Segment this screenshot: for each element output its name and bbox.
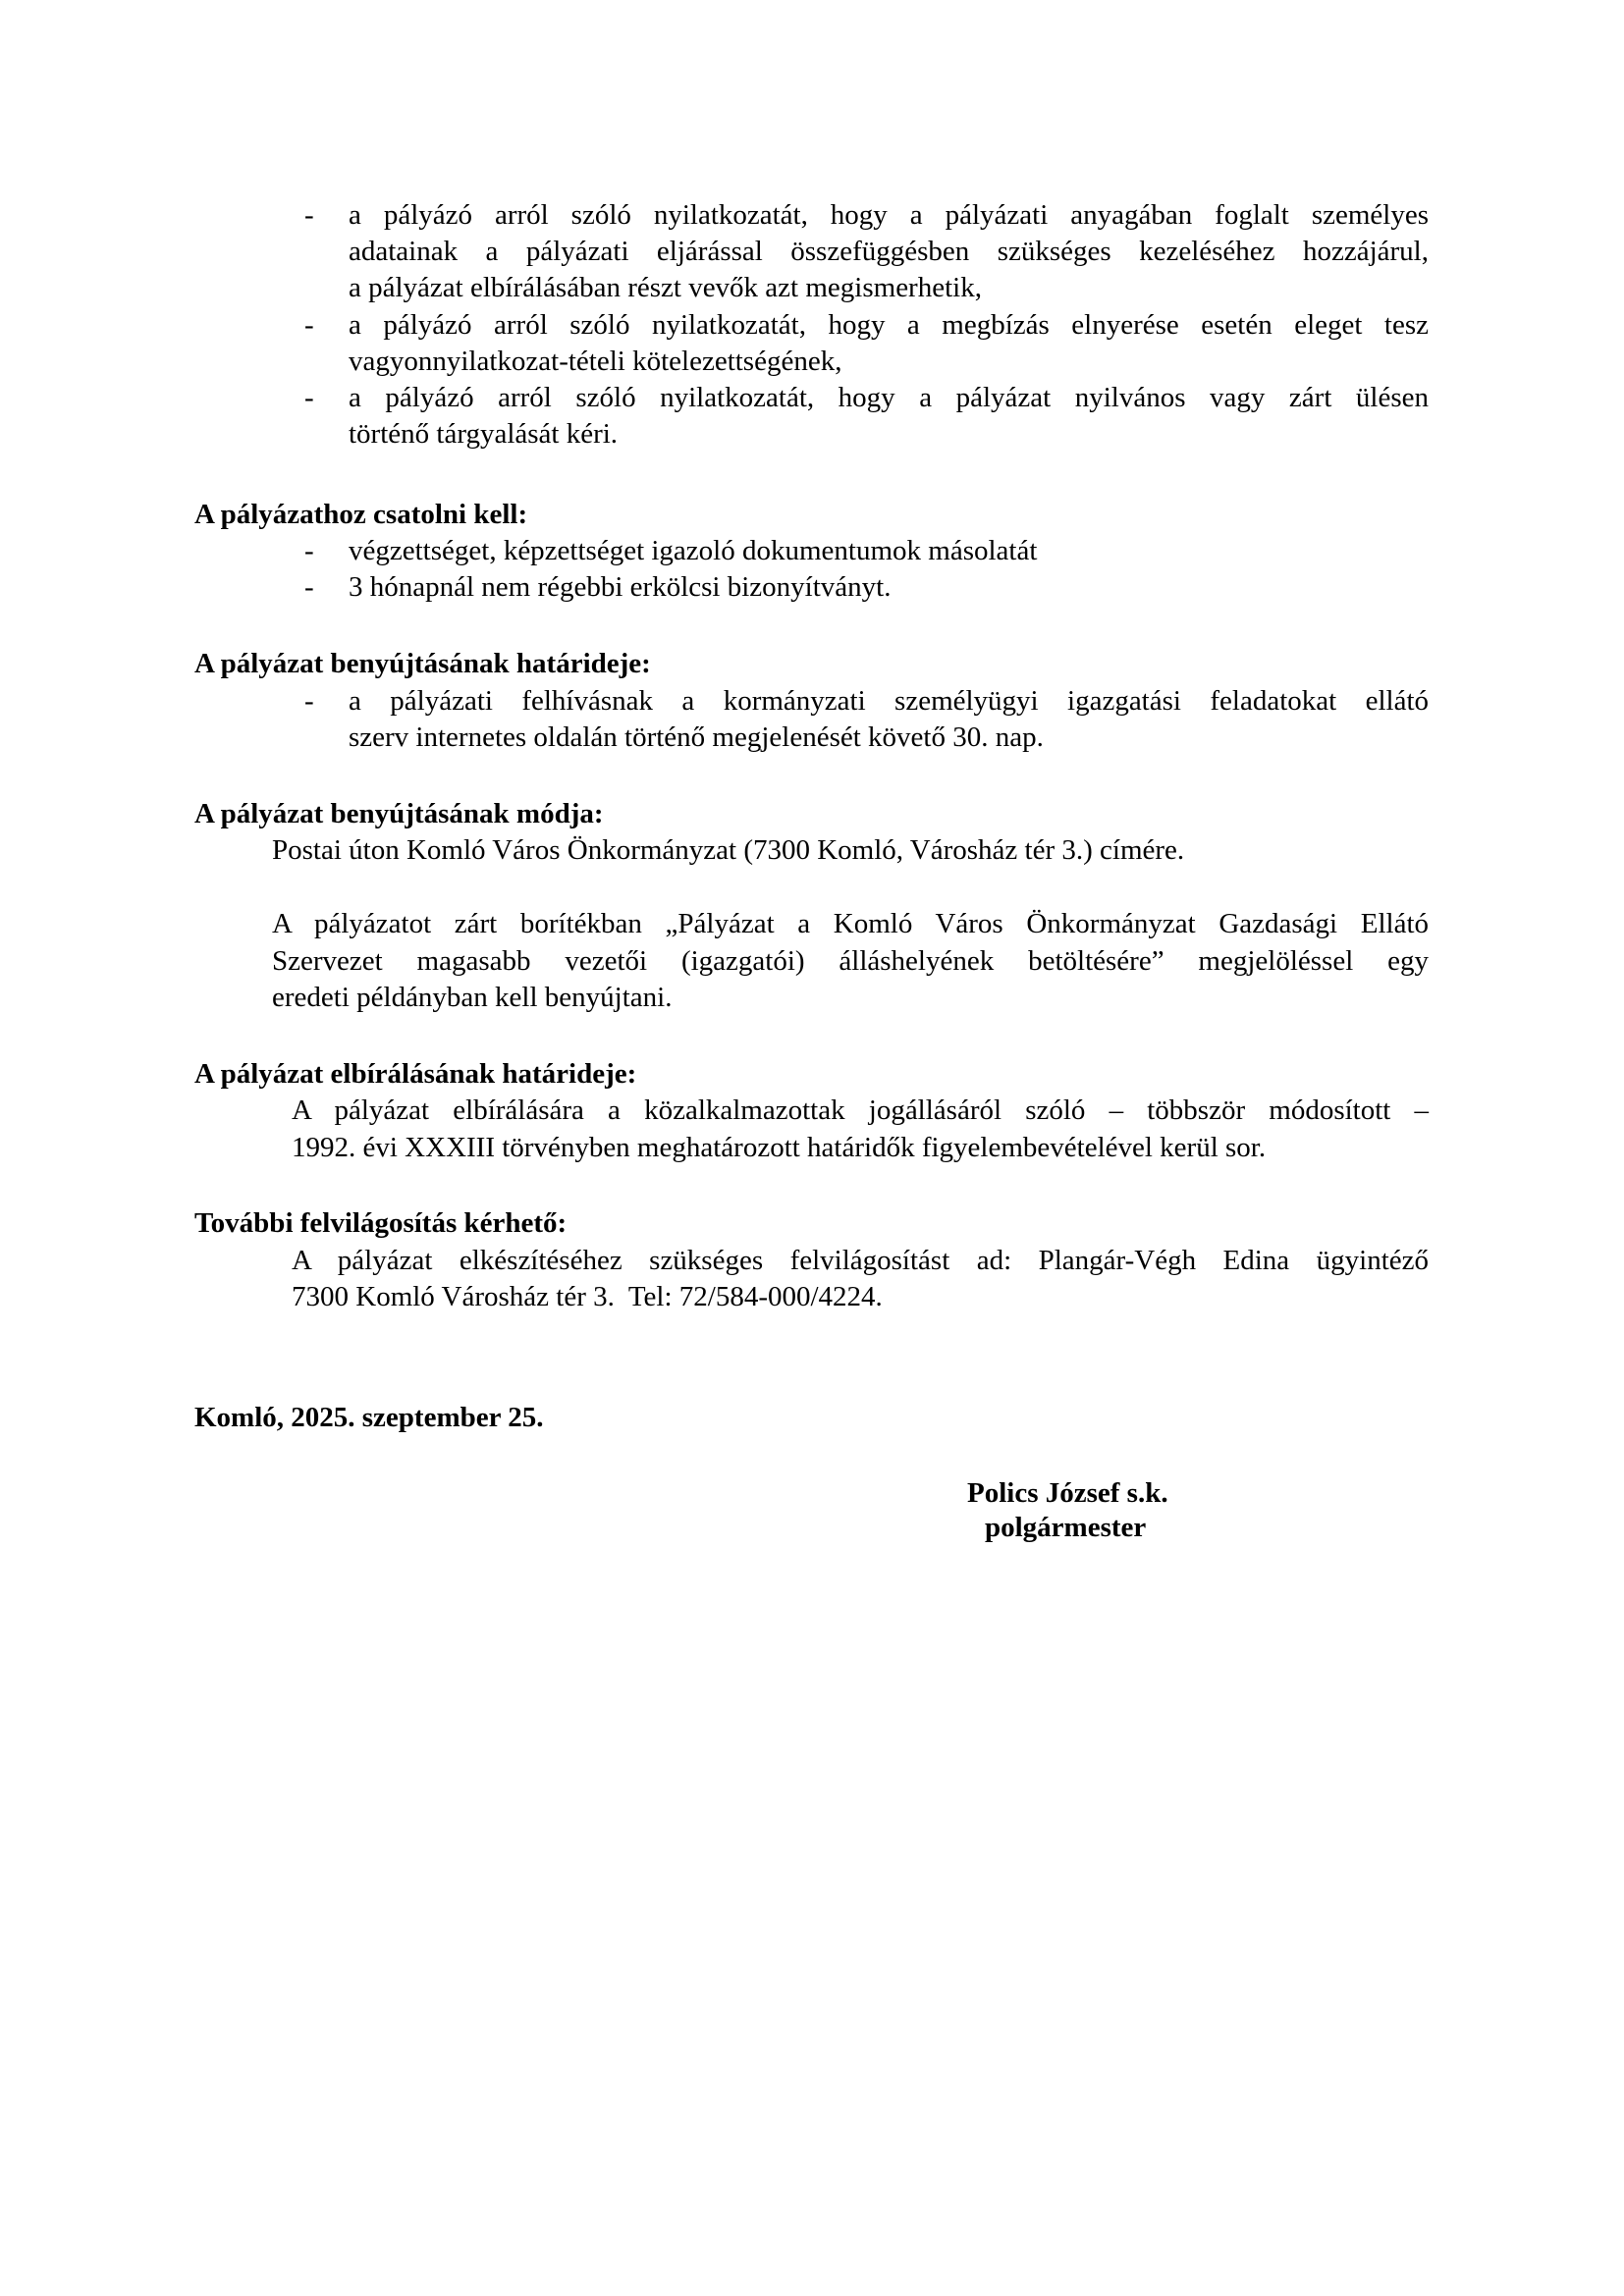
list-bullet: - bbox=[304, 533, 314, 569]
list-item-line: a pályázati felhívásnak a kormányzati sz… bbox=[349, 683, 1429, 720]
list-item-line: a pályázat elbírálásában részt vevők azt… bbox=[349, 270, 982, 306]
list-bullet: - bbox=[304, 380, 314, 416]
section-heading: A pályázathoz csatolni kell: bbox=[194, 497, 527, 533]
list-item-line: szerv internetes oldalán történő megjele… bbox=[349, 720, 1044, 756]
list-item-line: a pályázó arról szóló nyilatkozatát, hog… bbox=[349, 307, 1429, 344]
body-text-line: Szervezet magasabb vezetői (igazgatói) á… bbox=[272, 943, 1429, 980]
signatory-title: polgármester bbox=[985, 1510, 1146, 1546]
body-text: Postai úton Komló Város Önkormányzat (73… bbox=[272, 832, 1184, 869]
list-item-line: adatainak a pályázati eljárással összefü… bbox=[349, 234, 1429, 270]
place-date: Komló, 2025. szeptember 25. bbox=[194, 1400, 543, 1436]
list-bullet: - bbox=[304, 683, 314, 720]
contact-line: 7300 Komló Városház tér 3. Tel: 72/584-0… bbox=[292, 1279, 883, 1315]
section-heading: A pályázat elbírálásának határideje: bbox=[194, 1056, 636, 1093]
signatory-name: Polics József s.k. bbox=[967, 1475, 1168, 1512]
document-page: - a pályázó arról szóló nyilatkozatát, h… bbox=[0, 0, 1624, 2296]
list-bullet: - bbox=[304, 569, 314, 606]
list-item-line: a pályázó arról szóló nyilatkozatát, hog… bbox=[349, 380, 1429, 416]
body-text-line: A pályázat elbírálására a közalkalmazott… bbox=[292, 1093, 1429, 1129]
body-text-line: A pályázat elkészítéséhez szükséges felv… bbox=[292, 1243, 1429, 1279]
list-item: végzettséget, képzettséget igazoló dokum… bbox=[349, 533, 1037, 569]
body-text-line: eredeti példányban kell benyújtani. bbox=[272, 980, 672, 1016]
section-heading: A pályázat benyújtásának határideje: bbox=[194, 646, 651, 682]
list-item-line: vagyonnyilatkozat-tételi kötelezettségén… bbox=[349, 344, 841, 380]
body-text-line: A pályázatot zárt borítékban „Pályázat a… bbox=[272, 906, 1429, 942]
list-item-line: a pályázó arról szóló nyilatkozatát, hog… bbox=[349, 197, 1429, 234]
section-heading: A pályázat benyújtásának módja: bbox=[194, 796, 604, 832]
list-item-line: történő tárgyalását kéri. bbox=[349, 416, 618, 453]
list-bullet: - bbox=[304, 307, 314, 344]
section-heading: További felvilágosítás kérhető: bbox=[194, 1205, 567, 1242]
list-bullet: - bbox=[304, 197, 314, 234]
body-text-line: 1992. évi XXXIII törvényben meghatározot… bbox=[292, 1130, 1266, 1166]
list-item: 3 hónapnál nem régebbi erkölcsi bizonyít… bbox=[349, 569, 891, 606]
